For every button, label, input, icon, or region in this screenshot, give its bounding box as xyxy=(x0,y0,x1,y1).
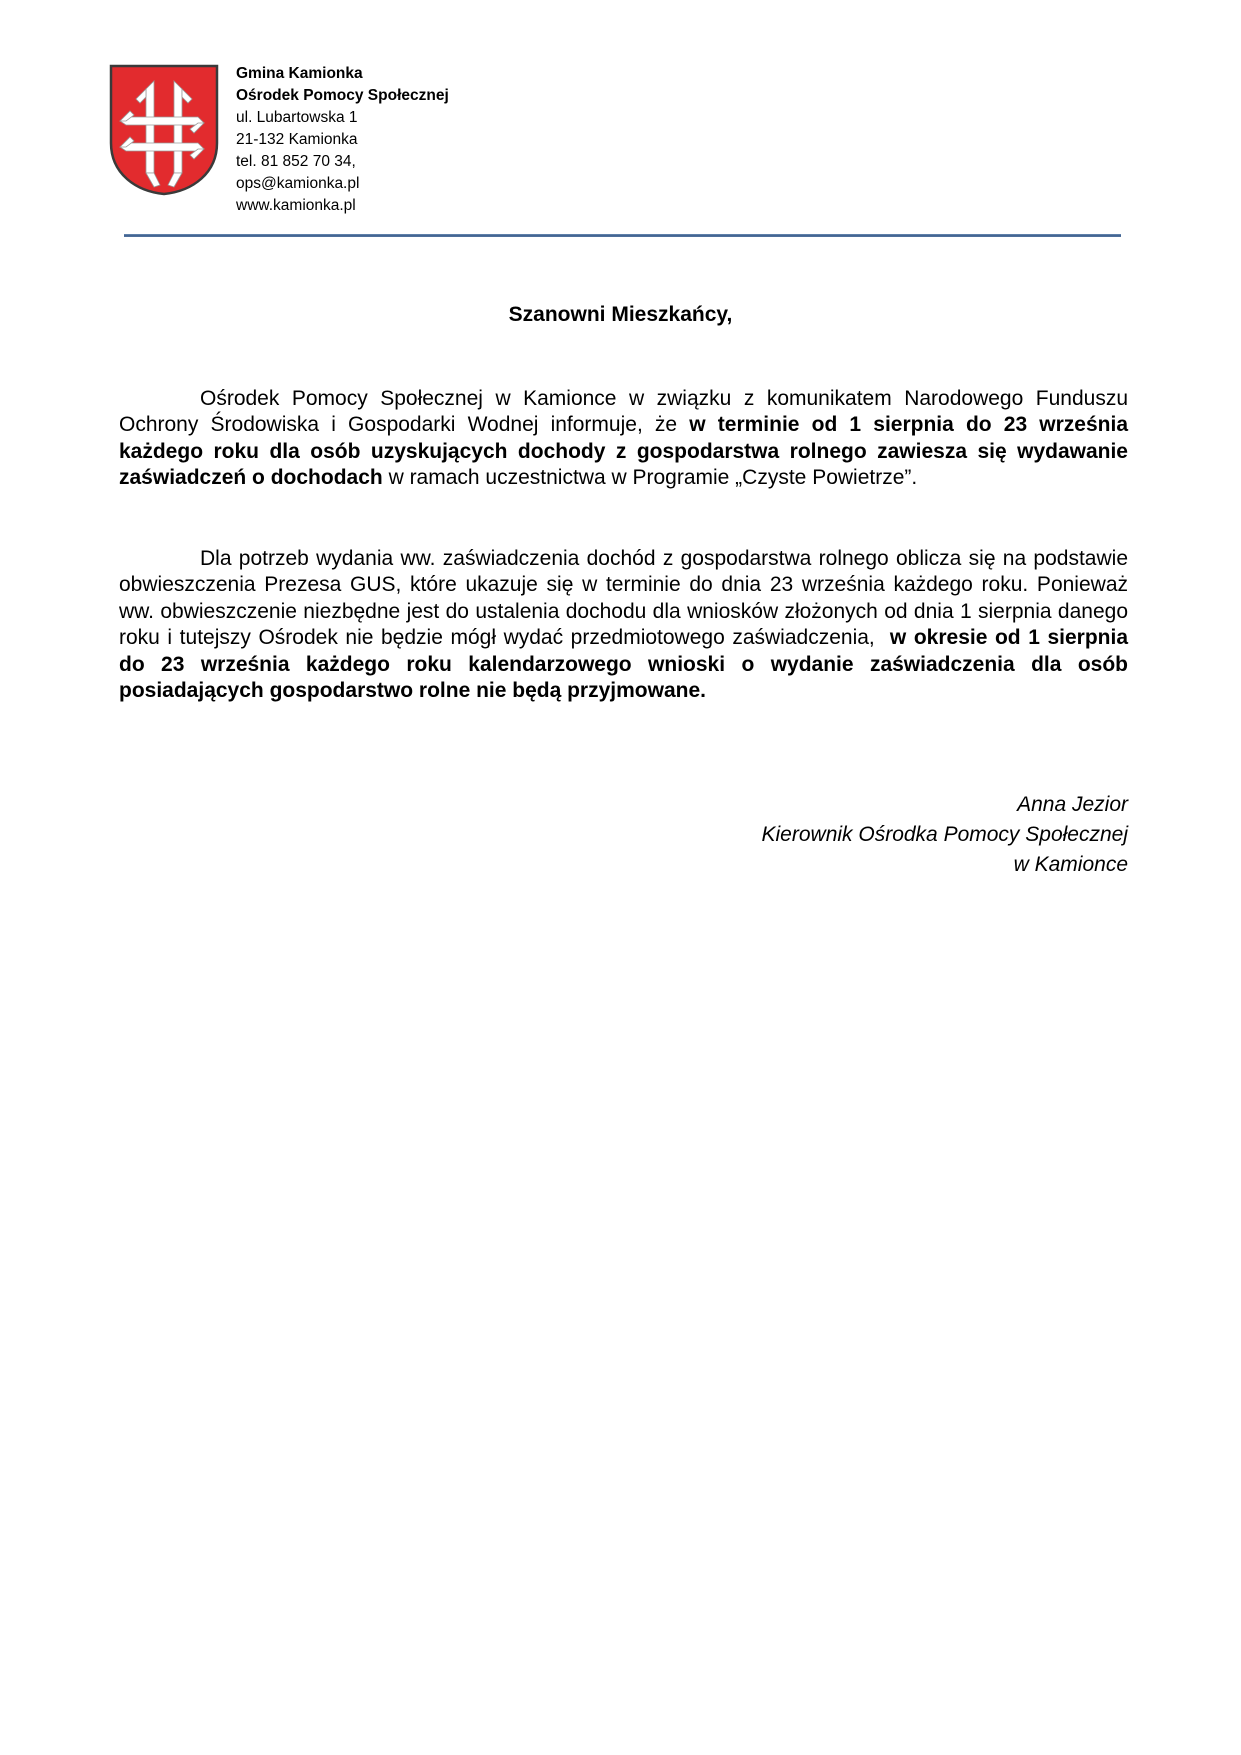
coat-of-arms-icon xyxy=(108,63,220,197)
org-postal-city: 21-132 Kamionka xyxy=(236,129,449,151)
letter-greeting: Szanowni Mieszkańcy, xyxy=(0,302,1241,328)
signature-block: Anna Jezior Kierownik Ośrodka Pomocy Spo… xyxy=(762,790,1129,880)
org-street: ul. Lubartowska 1 xyxy=(236,107,449,129)
letter-paragraph-1: Ośrodek Pomocy Społecznej w Kamionce w z… xyxy=(119,386,1128,492)
org-email: ops@kamionka.pl xyxy=(236,173,449,195)
organization-address-block: Gmina Kamionka Ośrodek Pomocy Społecznej… xyxy=(236,63,449,217)
org-website: www.kamionka.pl xyxy=(236,195,449,217)
paragraph-1-text-2: w ramach uczestnictwa w Programie „Czyst… xyxy=(383,466,918,489)
signatory-name: Anna Jezior xyxy=(762,790,1129,820)
org-name: Ośrodek Pomocy Społecznej xyxy=(236,85,449,107)
signatory-place: w Kamionce xyxy=(762,850,1129,880)
org-municipality: Gmina Kamionka xyxy=(236,63,449,85)
header-divider xyxy=(124,234,1121,237)
letter-page: Gmina Kamionka Ośrodek Pomocy Społecznej… xyxy=(0,0,1241,1755)
signatory-title: Kierownik Ośrodka Pomocy Społecznej xyxy=(762,820,1129,850)
org-phone: tel. 81 852 70 34, xyxy=(236,151,449,173)
letter-paragraph-2: Dla potrzeb wydania ww. zaświadczenia do… xyxy=(119,546,1128,704)
